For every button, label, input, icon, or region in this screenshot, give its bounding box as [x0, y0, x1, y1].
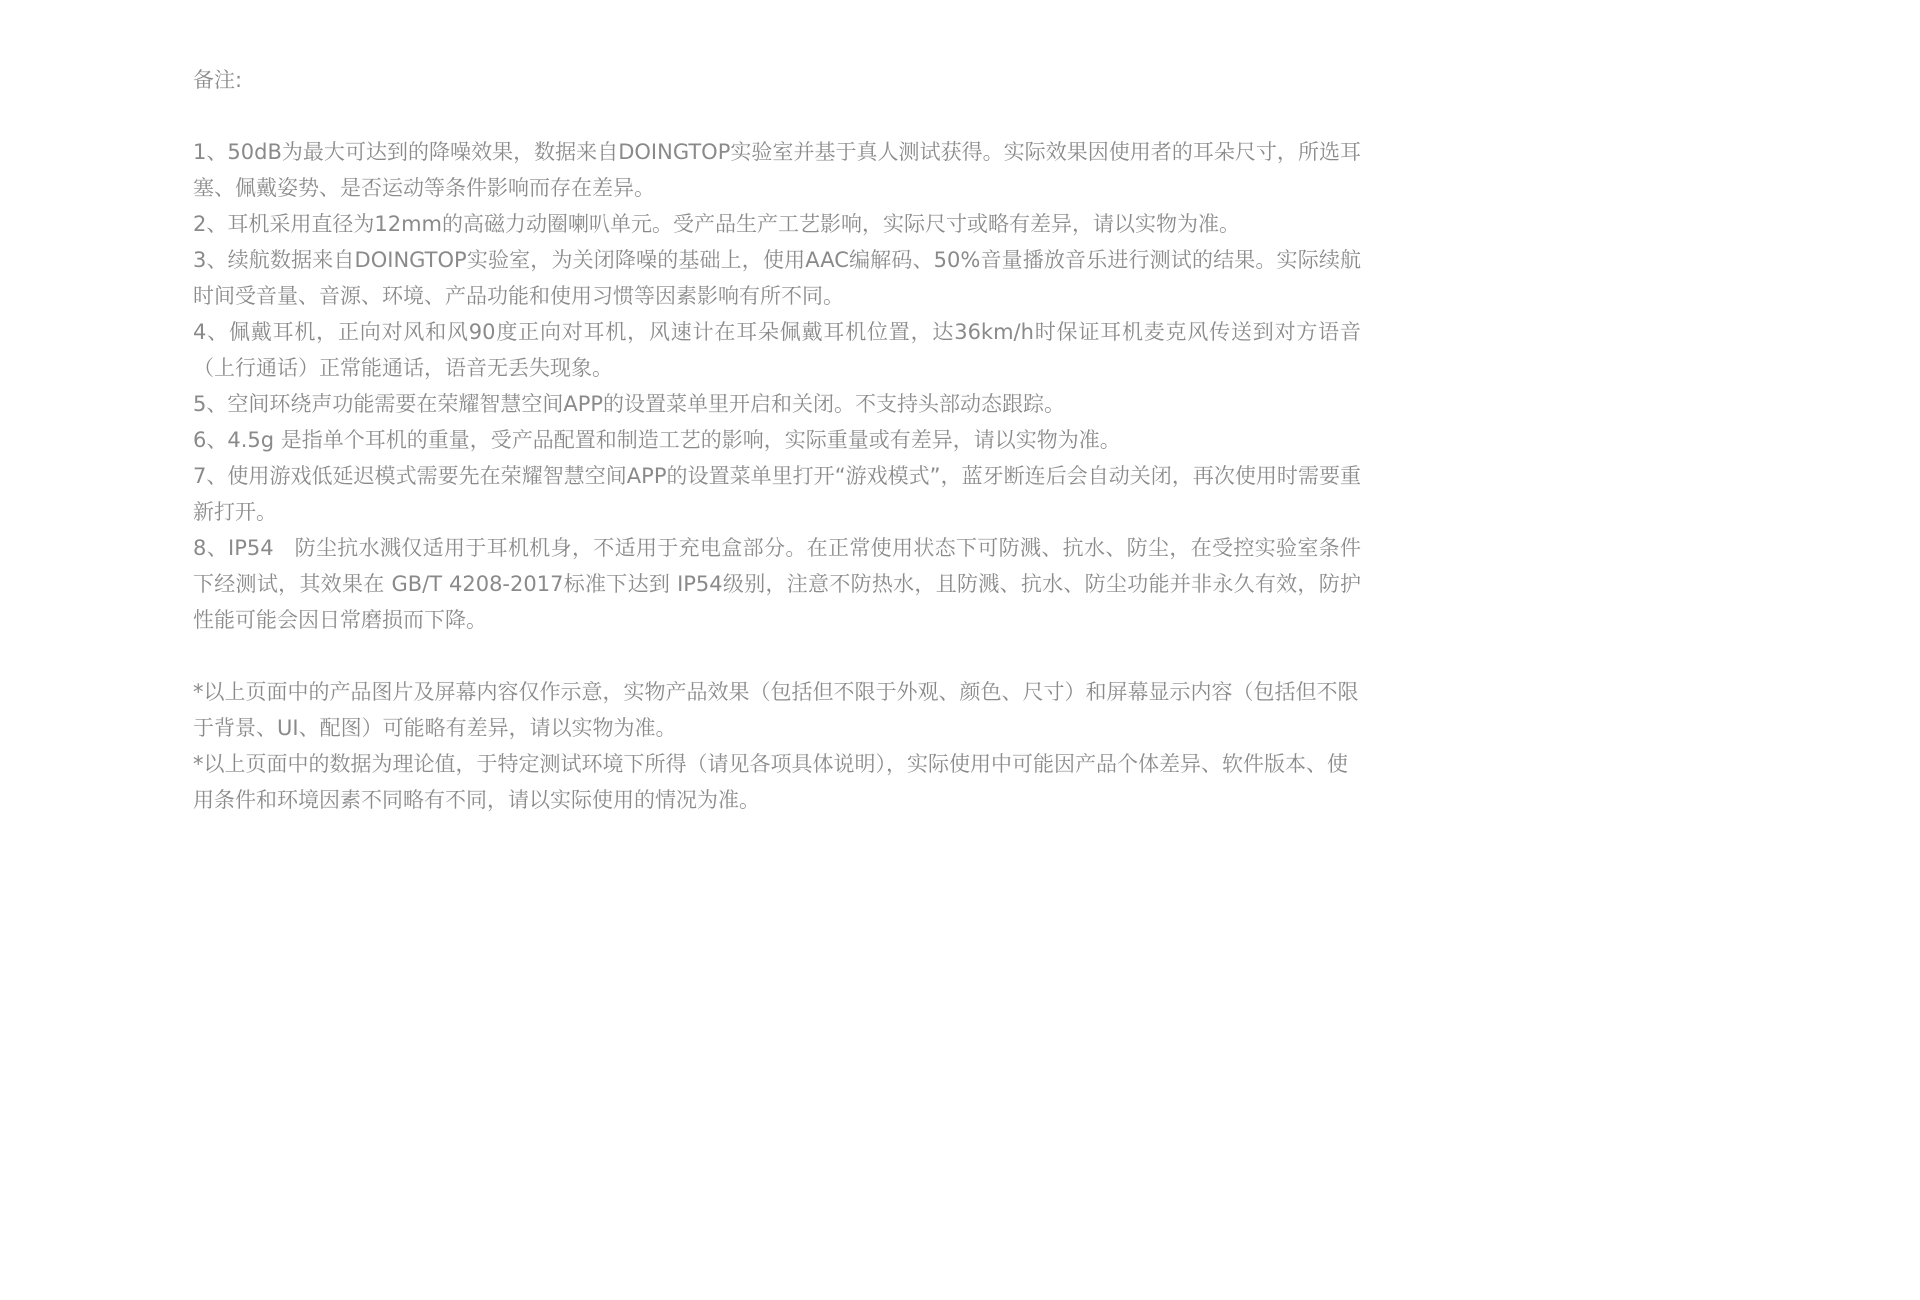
- note-item-5: 5、空间环绕声功能需要在荣耀智慧空间APP的设置菜单里开启和关闭。不支持头部动态…: [193, 386, 1361, 422]
- note-item-3: 3、续航数据来自DOINGTOP实验室，为关闭降噪的基础上，使用AAC编解码、5…: [193, 242, 1361, 314]
- note-item-4: 4、佩戴耳机，正向对风和风90度正向对耳机，风速计在耳朵佩戴耳机位置，达36km…: [193, 314, 1361, 386]
- note-item-7: 7、使用游戏低延迟模式需要先在荣耀智慧空间APP的设置菜单里打开“游戏模式”，蓝…: [193, 458, 1361, 530]
- note-list: 1、50dB为最大可达到的降噪效果，数据来自DOINGTOP实验室并基于真人测试…: [193, 134, 1361, 638]
- note-item-6: 6、4.5g 是指单个耳机的重量，受产品配置和制造工艺的影响，实际重量或有差异，…: [193, 422, 1361, 458]
- note-item-1: 1、50dB为最大可达到的降噪效果，数据来自DOINGTOP实验室并基于真人测试…: [193, 134, 1361, 206]
- note-item-8: 8、IP54 防尘抗水溅仅适用于耳机机身，不适用于充电盒部分。在正常使用状态下可…: [193, 530, 1361, 638]
- notes-title: 备注:: [193, 62, 1361, 98]
- notes-section: 备注: 1、50dB为最大可达到的降噪效果，数据来自DOINGTOP实验室并基于…: [193, 62, 1361, 818]
- disclaimer-theoretical-data: *以上页面中的数据为理论值，于特定测试环境下所得（请见各项具体说明），实际使用中…: [193, 746, 1361, 818]
- note-item-2: 2、耳机采用直径为12mm的高磁力动圈喇叭单元。受产品生产工艺影响，实际尺寸或略…: [193, 206, 1361, 242]
- disclaimers-section: *以上页面中的产品图片及屏幕内容仅作示意，实物产品效果（包括但不限于外观、颜色、…: [193, 674, 1361, 818]
- disclaimer-product-images: *以上页面中的产品图片及屏幕内容仅作示意，实物产品效果（包括但不限于外观、颜色、…: [193, 674, 1361, 746]
